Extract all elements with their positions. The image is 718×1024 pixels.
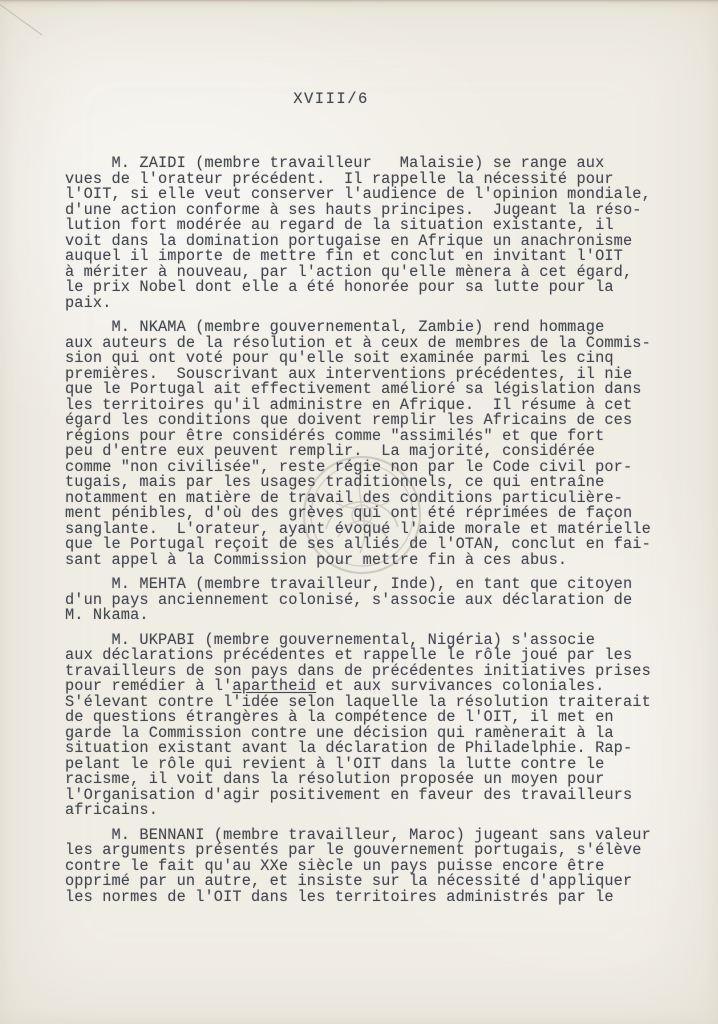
page-number: XVIII/6	[0, 90, 662, 108]
document-body: M. ZAIDI (membre travailleur Malaisie) s…	[65, 156, 710, 905]
paragraph-text-after: et aux survivances coloniales. S'élevant…	[65, 677, 651, 819]
paragraph-ukpabi: M. UKPABI (membre gouvernemental, Nigéri…	[65, 633, 710, 819]
paragraph-mehta: M. MEHTA (membre travailleur, Inde), en …	[65, 577, 710, 624]
document-page: XVIII/6 M. ZAIDI (membre travailleur Mal…	[0, 0, 718, 1024]
paragraph-nkama: M. NKAMA (membre gouvernemental, Zambie)…	[65, 320, 710, 568]
paper-crease	[0, 4, 42, 35]
paragraph-zaidi: M. ZAIDI (membre travailleur Malaisie) s…	[65, 156, 710, 311]
paragraph-bennani: M. BENNANI (membre travailleur, Maroc) j…	[65, 828, 710, 906]
